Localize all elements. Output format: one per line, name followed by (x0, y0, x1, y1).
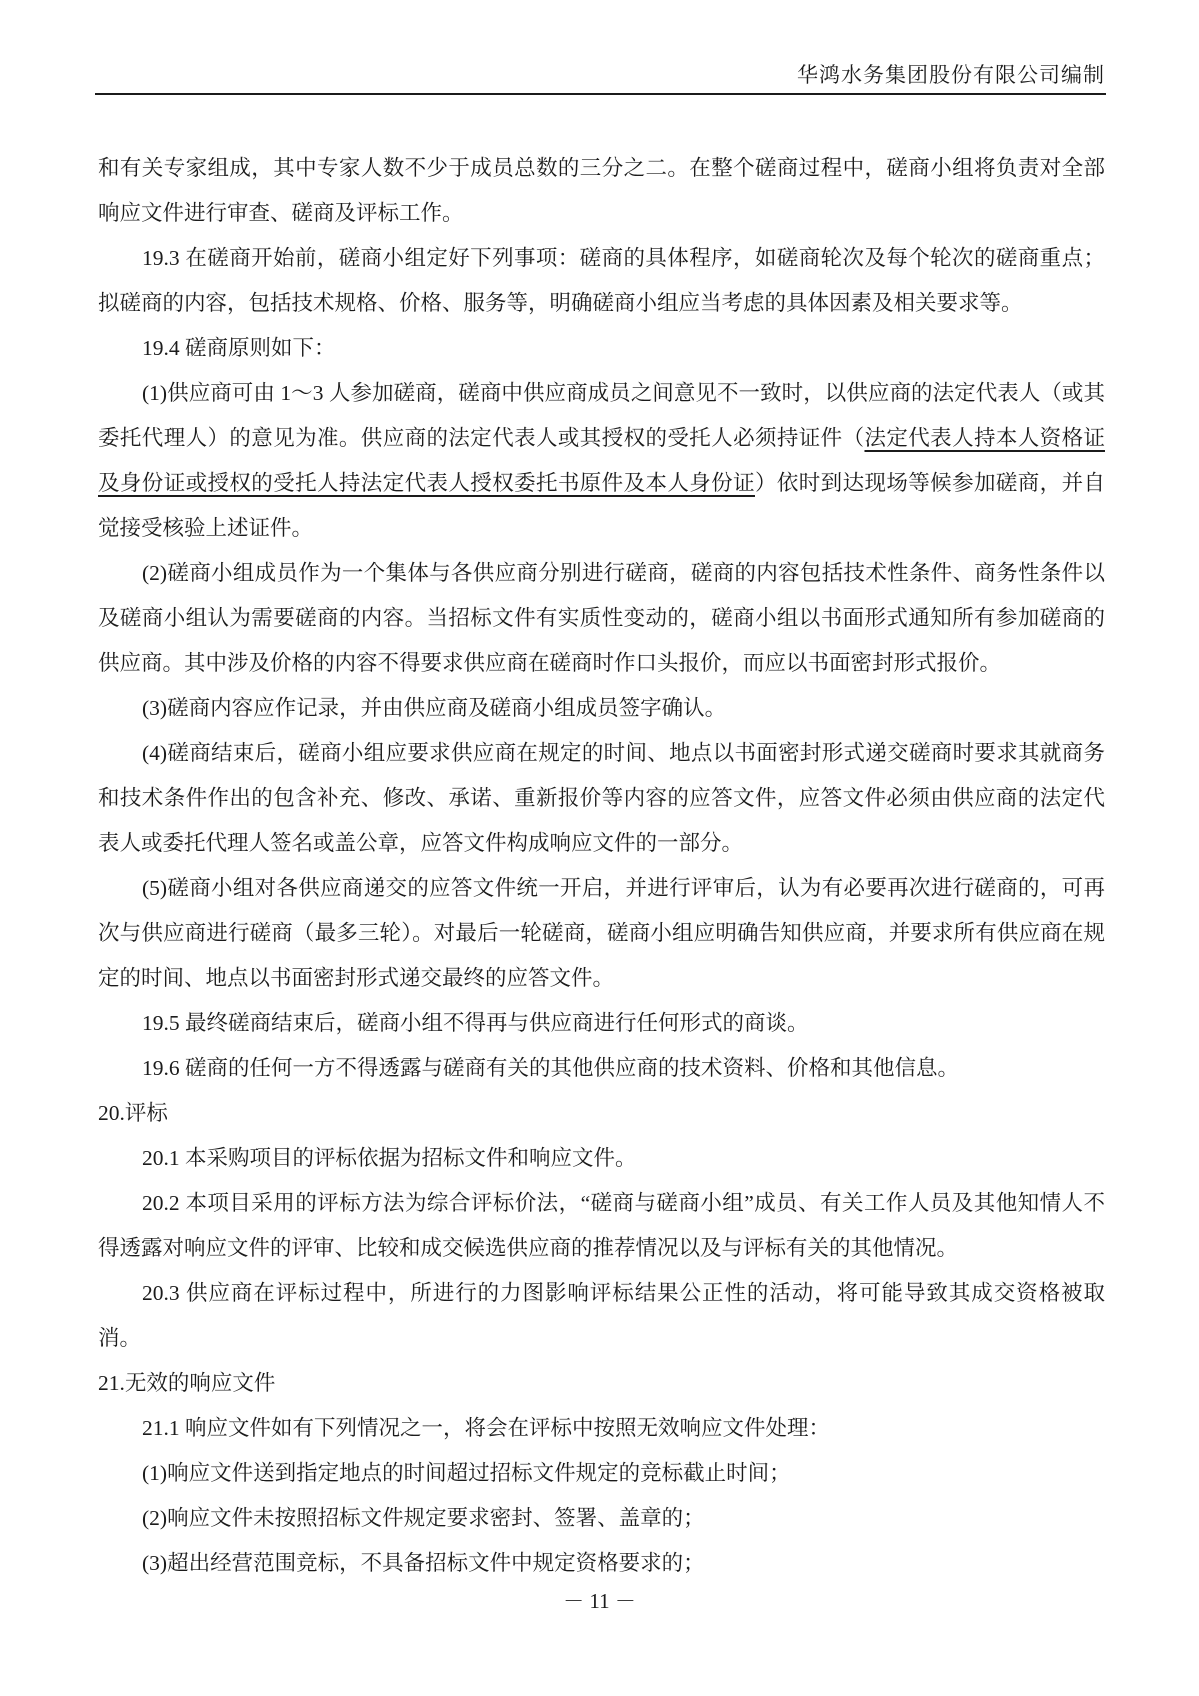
paragraph: 20.3 供应商在评标过程中，所进行的力图影响评标结果公正性的活动，将可能导致其… (98, 1271, 1105, 1361)
paragraph: (3)超出经营范围竞标，不具备招标文件中规定资格要求的； (98, 1541, 1105, 1586)
paragraph: (1)供应商可由 1～3 人参加磋商，磋商中供应商成员之间意见不一致时，以供应商… (98, 371, 1105, 551)
text-segment: 21.1 响应文件如有下列情况之一，将会在评标中按照无效响应文件处理： (142, 1416, 830, 1440)
document-body: 和有关专家组成，其中专家人数不少于成员总数的三分之二。在整个磋商过程中，磋商小组… (98, 146, 1105, 1586)
text-segment: 21.无效的响应文件 (98, 1371, 275, 1395)
paragraph: 19.4 磋商原则如下： (98, 326, 1105, 371)
text-segment: (5)磋商小组对各供应商递交的应答文件统一开启，并进行评审后，认为有必要再次进行… (98, 876, 1105, 990)
paragraph: (1)响应文件送到指定地点的时间超过招标文件规定的竞标截止时间； (98, 1451, 1105, 1496)
paragraph: (2)响应文件未按照招标文件规定要求密封、签署、盖章的； (98, 1496, 1105, 1541)
text-segment: 19.5 最终磋商结束后，磋商小组不得再与供应商进行任何形式的商谈。 (142, 1011, 809, 1035)
paragraph: 19.5 最终磋商结束后，磋商小组不得再与供应商进行任何形式的商谈。 (98, 1001, 1105, 1046)
header-rule (95, 93, 1106, 95)
page-footer: － 11 － (0, 1586, 1199, 1616)
paragraph: 19.6 磋商的任何一方不得透露与磋商有关的其他供应商的技术资料、价格和其他信息… (98, 1046, 1105, 1091)
page-number: － 11 － (563, 1589, 636, 1613)
text-segment: 19.6 磋商的任何一方不得透露与磋商有关的其他供应商的技术资料、价格和其他信息… (142, 1056, 959, 1080)
paragraph: 20.2 本项目采用的评标方法为综合评标价法，“磋商与磋商小组”成员、有关工作人… (98, 1181, 1105, 1271)
paragraph: (5)磋商小组对各供应商递交的应答文件统一开启，并进行评审后，认为有必要再次进行… (98, 866, 1105, 1001)
text-segment: 20.1 本采购项目的评标依据为招标文件和响应文件。 (142, 1146, 637, 1170)
paragraph: 和有关专家组成，其中专家人数不少于成员总数的三分之二。在整个磋商过程中，磋商小组… (98, 146, 1105, 236)
header-company-text: 华鸿水务集团股份有限公司编制 (797, 59, 1105, 89)
paragraph: (3)磋商内容应作记录，并由供应商及磋商小组成员签字确认。 (98, 686, 1105, 731)
text-segment: (3)超出经营范围竞标，不具备招标文件中规定资格要求的； (142, 1551, 705, 1575)
text-segment: 19.3 在磋商开始前，磋商小组定好下列事项：磋商的具体程序，如磋商轮次及每个轮… (98, 246, 1105, 315)
paragraph: (4)磋商结束后，磋商小组应要求供应商在规定的时间、地点以书面密封形式递交磋商时… (98, 731, 1105, 866)
text-segment: 20.3 供应商在评标过程中，所进行的力图影响评标结果公正性的活动，将可能导致其… (98, 1281, 1105, 1350)
paragraph: 21.1 响应文件如有下列情况之一，将会在评标中按照无效响应文件处理： (98, 1406, 1105, 1451)
text-segment: (1)响应文件送到指定地点的时间超过招标文件规定的竞标截止时间； (142, 1461, 791, 1485)
paragraph: (2)磋商小组成员作为一个集体与各供应商分别进行磋商，磋商的内容包括技术性条件、… (98, 551, 1105, 686)
paragraph: 21.无效的响应文件 (98, 1361, 1105, 1406)
paragraph: 19.3 在磋商开始前，磋商小组定好下列事项：磋商的具体程序，如磋商轮次及每个轮… (98, 236, 1105, 326)
text-segment: 19.4 磋商原则如下： (142, 336, 336, 360)
text-segment: (4)磋商结束后，磋商小组应要求供应商在规定的时间、地点以书面密封形式递交磋商时… (98, 741, 1105, 855)
text-segment: (2)磋商小组成员作为一个集体与各供应商分别进行磋商，磋商的内容包括技术性条件、… (98, 561, 1105, 675)
text-segment: (3)磋商内容应作记录，并由供应商及磋商小组成员签字确认。 (142, 696, 726, 720)
text-segment: 和有关专家组成，其中专家人数不少于成员总数的三分之二。在整个磋商过程中，磋商小组… (98, 156, 1105, 225)
document-page: 华鸿水务集团股份有限公司编制 和有关专家组成，其中专家人数不少于成员总数的三分之… (0, 0, 1199, 1696)
text-segment: (2)响应文件未按照招标文件规定要求密封、签署、盖章的； (142, 1506, 705, 1530)
text-segment: 20.2 本项目采用的评标方法为综合评标价法，“磋商与磋商小组”成员、有关工作人… (98, 1191, 1105, 1260)
paragraph: 20.评标 (98, 1091, 1105, 1136)
paragraph: 20.1 本采购项目的评标依据为招标文件和响应文件。 (98, 1136, 1105, 1181)
text-segment: 20.评标 (98, 1101, 168, 1125)
